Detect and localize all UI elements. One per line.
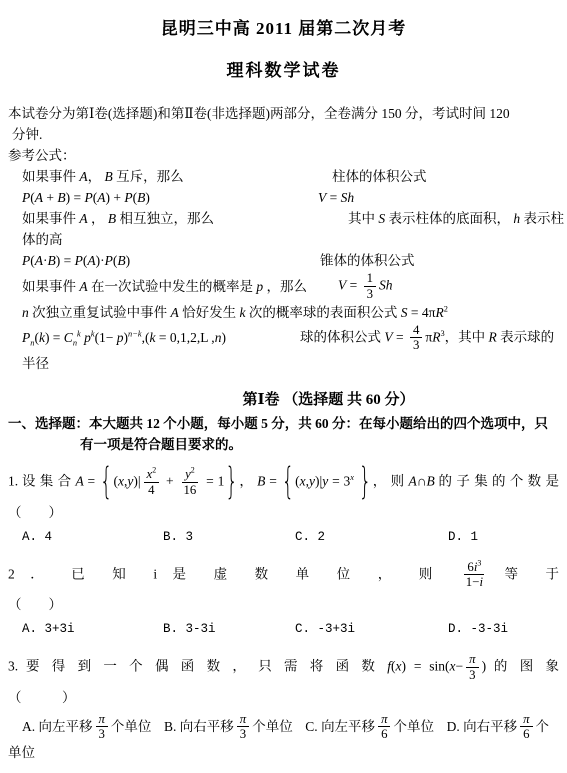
single-trial-text: 如果事件 A 在一次试验中发生的概率是 p ，那么 xyxy=(22,276,318,297)
q2-option-a: A. 3+3i xyxy=(22,619,163,640)
q3-option-b-unit: 个单位 xyxy=(252,716,293,737)
formula-row-independent: 如果事件 A ， B 相互独立，那么 其中 S 表示柱体的底面积， h 表示柱 xyxy=(8,208,559,229)
question-3-stem: 3. 要 得 到 一 个 偶 函 数 ， 只 需 将 函 数 f(x) = si… xyxy=(8,652,559,683)
q3-option-d-wrap: 单位 xyxy=(8,742,559,763)
formula-row-bernoulli: n 次独立重复试验中事件 A 恰好发生 k 次的概率 球的表面积公式 S = 4… xyxy=(8,302,559,323)
q3-option-a-unit: 个单位 xyxy=(111,716,152,737)
independent-events-text: 如果事件 A ， B 相互独立，那么 xyxy=(22,208,318,229)
q3-option-b-fraction: π3 xyxy=(237,712,249,743)
q3-option-a-fraction: π3 xyxy=(96,712,108,743)
doc-subtitle: 理科数学试卷 xyxy=(8,60,559,81)
bernoulli-text: n 次独立重复试验中事件 A 恰好发生 k 次的概率 xyxy=(22,302,303,323)
q1-option-a: A. 4 xyxy=(22,527,163,548)
prob-product-formula: P(A·B) = P(A)·P(B) xyxy=(22,250,318,271)
cylinder-volume-title: 柱体的体积公式 xyxy=(318,166,427,187)
question-2-answer-bracket: （ ） xyxy=(8,594,559,615)
q1-option-d: D. 1 xyxy=(448,527,559,548)
intro-line-2: 分钟. xyxy=(8,124,559,145)
doc-title: 昆明三中高 2011 届第二次月考 xyxy=(8,18,559,39)
q1-option-b: B. 3 xyxy=(163,527,295,548)
formula-row-trial-prob: 如果事件 A 在一次试验中发生的概率是 p ，那么 V = 13Sh xyxy=(8,271,559,302)
question-2-options: A. 3+3i B. 3-3i C. -3+3i D. -3-3i xyxy=(8,619,559,640)
section-1-title: 第Ⅰ卷 （选择题 共 60 分） xyxy=(8,390,559,411)
q3-option-c-label: C. xyxy=(305,716,317,737)
q3-option-d-text: 向右平移 xyxy=(463,716,517,737)
binomial-prob-formula: Pn(k) = Cnk pk(1− p)n−k,(k = 0,1,2,L ,n) xyxy=(22,327,298,348)
q3-option-c: C. 向左平移π6个单位 xyxy=(305,712,434,743)
exam-document-page: 昆明三中高 2011 届第二次月考 理科数学试卷 本试卷分为第Ⅰ卷(选择题)和第… xyxy=(0,0,567,773)
q3-option-c-unit: 个单位 xyxy=(393,716,434,737)
intro-line-1: 本试卷分为第Ⅰ卷(选择题)和第Ⅱ卷(非选择题)两部分，全卷满分 150 分，考试… xyxy=(8,103,559,124)
formula-row-mutex: 如果事件 A， B 互斥，那么 柱体的体积公式 xyxy=(8,166,559,187)
sphere-note-wrap: 半径 xyxy=(8,353,559,374)
cylinder-base-note: 其中 S 表示柱体的底面积， h 表示柱 xyxy=(318,208,564,229)
formula-row-binomial: Pn(k) = Cnk pk(1− p)n−k,(k = 0,1,2,L ,n)… xyxy=(8,323,559,354)
question-2-stem: 2 ． 已 知 i 是 虚 数 单 位 ， 则 6i31−i 等 于 xyxy=(8,560,559,591)
sphere-volume-formula: 球的体积公式 V = 43πR3，其中 R 表示球的 xyxy=(298,323,554,354)
question-1-answer-bracket: （ ） xyxy=(8,502,559,523)
reference-formulas-heading: 参考公式： xyxy=(8,145,559,166)
formula-row-prob-sum: P(A + B) = P(A) + P(B) V = Sh xyxy=(8,187,559,208)
mutex-events-text: 如果事件 A， B 互斥，那么 xyxy=(22,166,318,187)
cylinder-note-wrap: 体的高 xyxy=(8,229,559,250)
cone-volume-formula: V = 13Sh xyxy=(318,271,393,302)
q3-option-d-fraction: π6 xyxy=(520,712,532,743)
q2-option-b: B. 3-3i xyxy=(163,619,295,640)
cone-volume-title: 锥体的体积公式 xyxy=(318,250,415,271)
q3-option-b-label: B. xyxy=(164,716,176,737)
sphere-surface-formula: 球的表面积公式 S = 4πR2 xyxy=(303,302,448,323)
question-3-options: A. 向左平移π3个单位 B. 向右平移π3个单位 C. 向左平移π6个单位 D… xyxy=(8,710,559,743)
question-3-answer-bracket: （ ） xyxy=(8,687,559,708)
q3-option-b: B. 向右平移π3个单位 xyxy=(164,712,293,743)
q3-option-a: A. 向左平移π3个单位 xyxy=(22,712,151,743)
q3-option-c-fraction: π6 xyxy=(378,712,390,743)
question-1-options: A. 4 B. 3 C. 2 D. 1 xyxy=(8,527,559,548)
choice-instructions-line-2: 有一项是符合题目要求的。 xyxy=(8,434,559,455)
exam-intro: 本试卷分为第Ⅰ卷(选择题)和第Ⅱ卷(非选择题)两部分，全卷满分 150 分，考试… xyxy=(8,103,559,145)
q3-option-a-text: 向左平移 xyxy=(39,716,93,737)
q2-option-c: C. -3+3i xyxy=(295,619,448,640)
question-1-stem: 1. 设 集 合 A = {(x,y)|x24 + y216 = 1}， B =… xyxy=(8,467,559,498)
q3-option-b-text: 向右平移 xyxy=(180,716,234,737)
q3-option-a-label: A. xyxy=(22,716,35,737)
formula-row-prob-product: P(A·B) = P(A)·P(B) 锥体的体积公式 xyxy=(8,250,559,271)
q3-option-d: D. 向右平移π6个 xyxy=(447,712,549,743)
q3-option-c-text: 向左平移 xyxy=(321,716,375,737)
prob-sum-formula: P(A + B) = P(A) + P(B) xyxy=(22,187,318,208)
q3-option-d-label: D. xyxy=(447,716,460,737)
cylinder-volume-formula: V = Sh xyxy=(318,187,354,208)
q2-option-d: D. -3-3i xyxy=(448,619,559,640)
q3-option-d-unit: 个 xyxy=(536,716,550,737)
choice-instructions-line-1: 一、选择题：本大题共 12 个小题，每小题 5 分，共 60 分：在每小题给出的… xyxy=(8,413,559,434)
q1-option-c: C. 2 xyxy=(295,527,448,548)
